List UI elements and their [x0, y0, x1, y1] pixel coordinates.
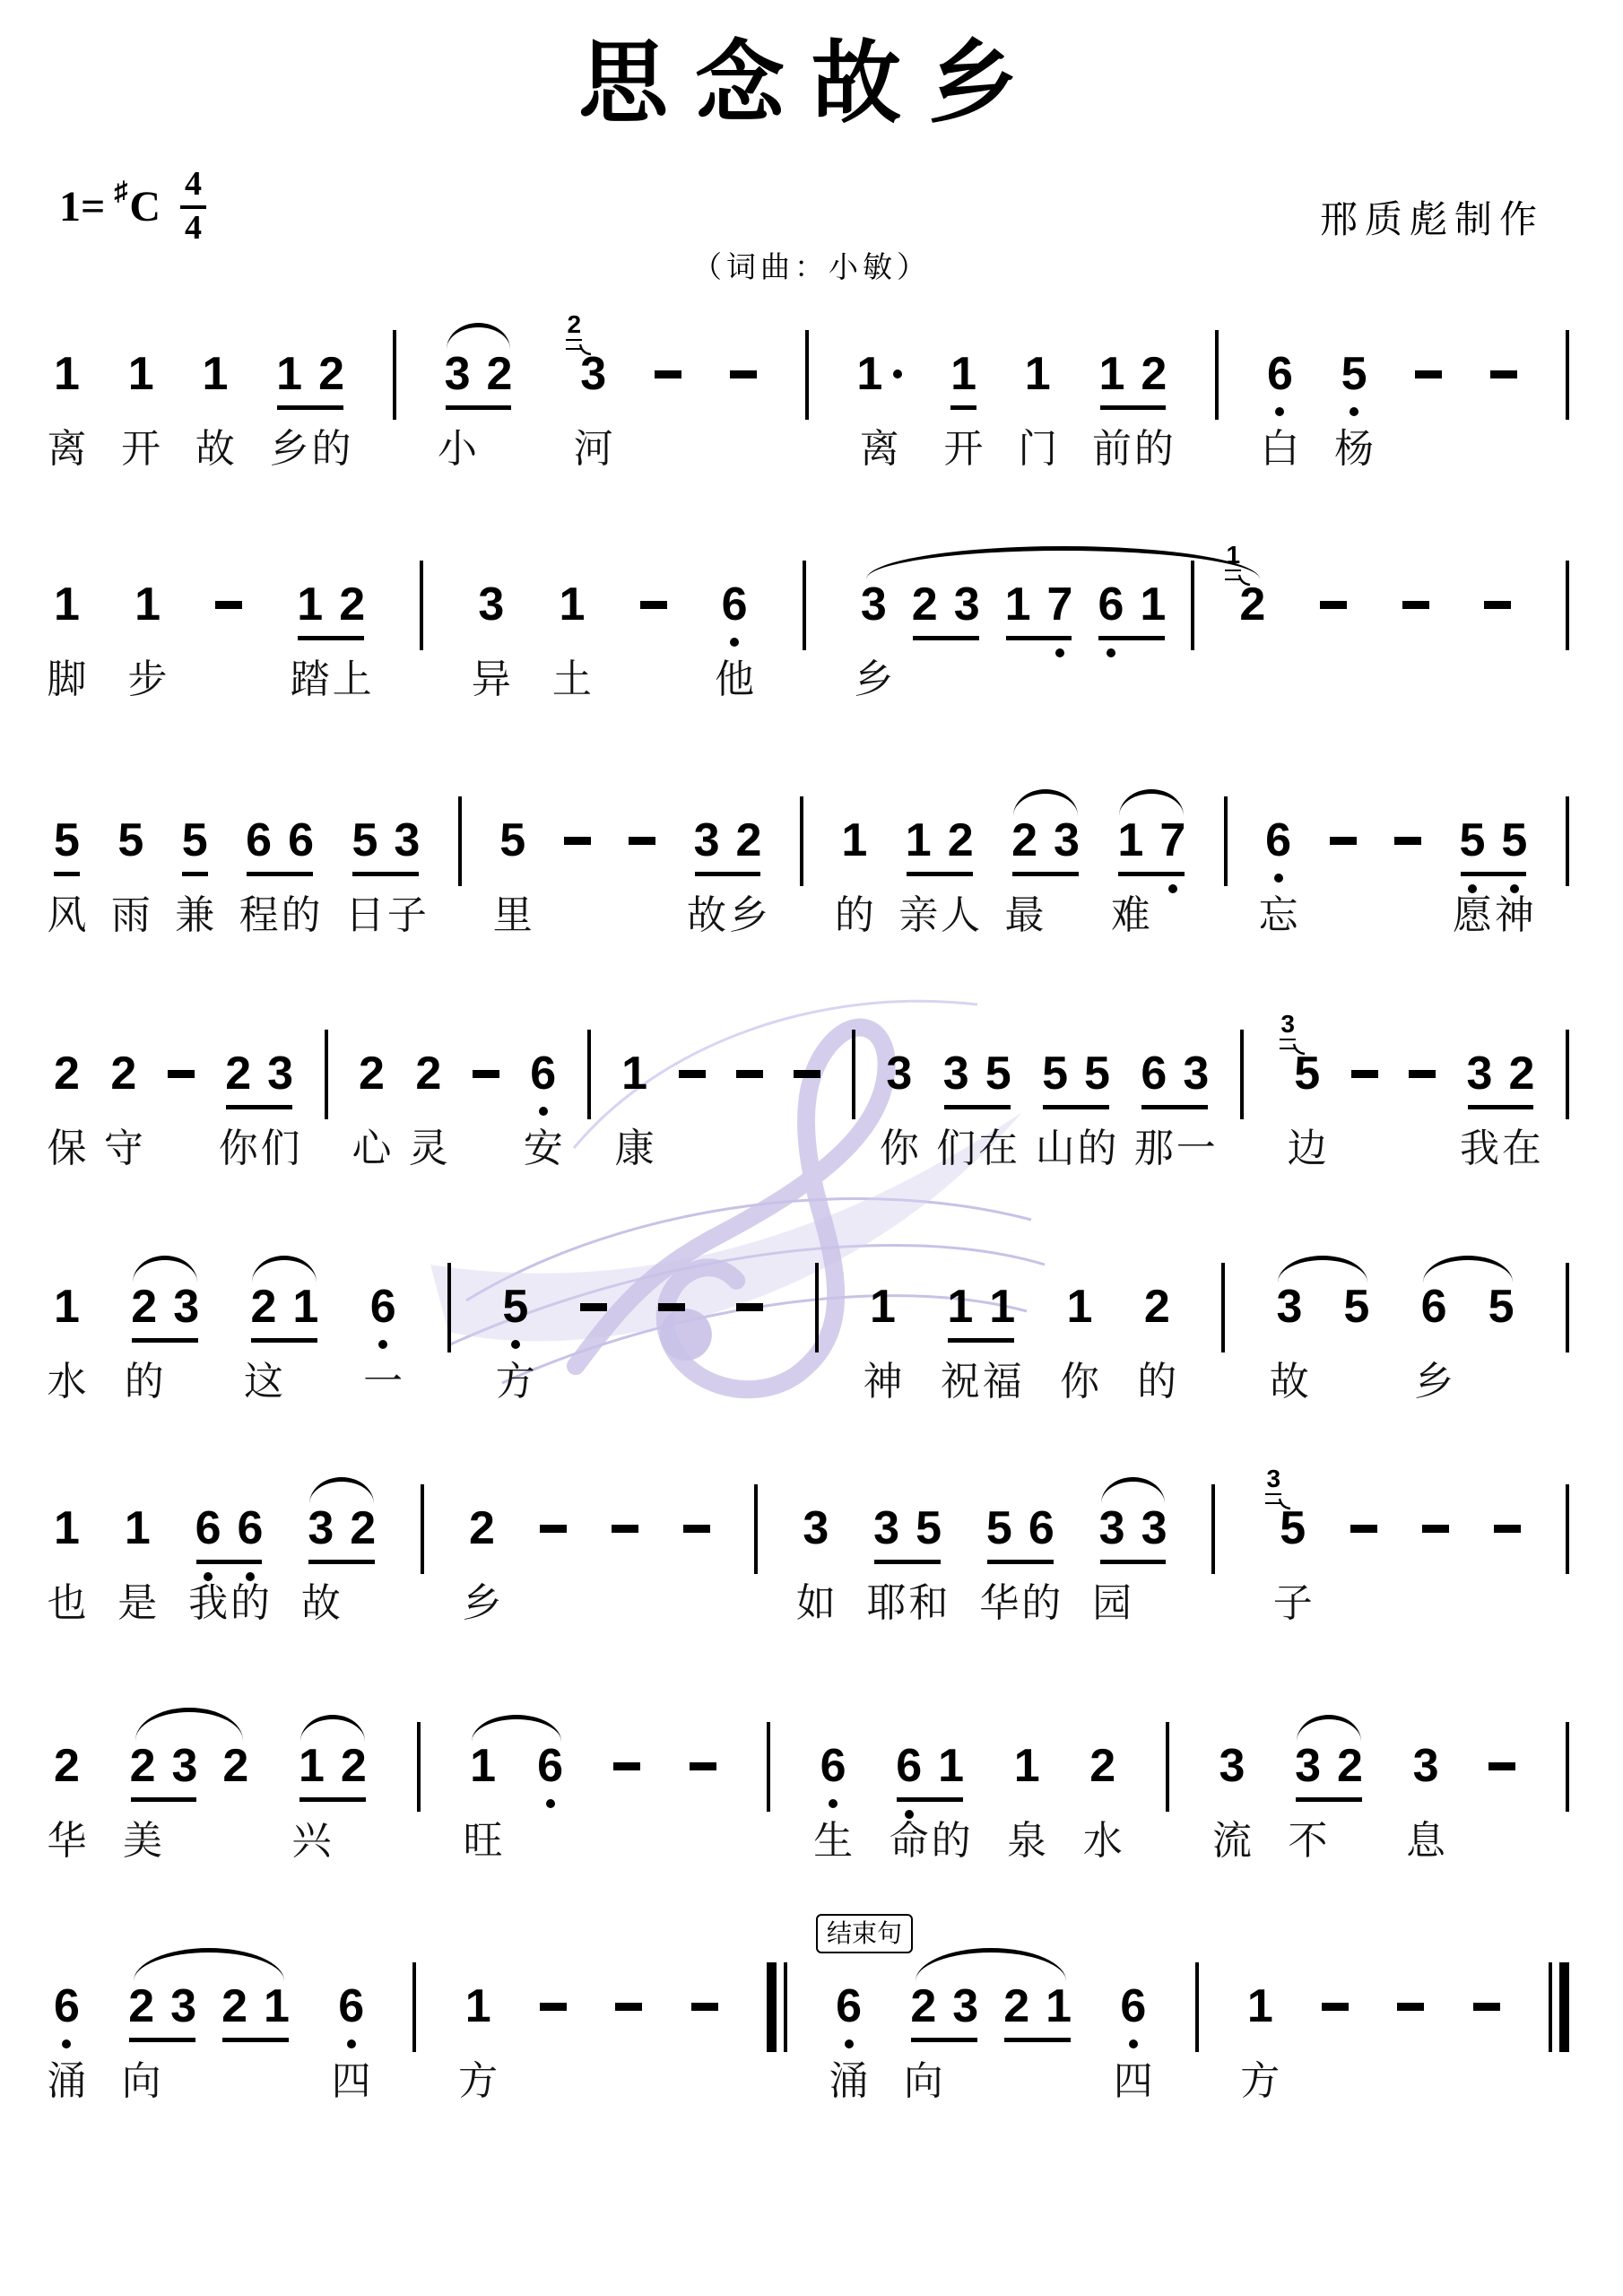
- lyric-syllable: 涌: [47, 2059, 86, 2105]
- note: 3: [952, 1980, 978, 2032]
- dash-bar: [1351, 1070, 1378, 1078]
- note: 2心: [359, 1048, 385, 1100]
- lyric-syllable: 保: [47, 1126, 86, 1172]
- lyric-syllable: 神: [1495, 893, 1534, 939]
- note: 5雨: [117, 814, 143, 866]
- dash-bar: [1322, 2003, 1349, 2011]
- note: 6的: [1028, 1502, 1055, 1554]
- bar-line: [767, 1962, 777, 2052]
- note-digit: 1: [1117, 814, 1143, 866]
- note: 7: [1159, 814, 1185, 866]
- note-digit: 5: [499, 814, 525, 866]
- sustain-dash: [168, 1048, 195, 1100]
- note: 2: [341, 1740, 367, 1792]
- note-digit: 2: [1337, 1740, 1363, 1792]
- note-digit: 2: [250, 1281, 276, 1333]
- grace-slur-icon: [1237, 573, 1251, 587]
- barline: [1240, 1030, 1244, 1119]
- sustain-dash: [613, 1740, 640, 1792]
- note-digit: 2: [1089, 1740, 1115, 1792]
- note: 2水: [1089, 1740, 1115, 1792]
- note-digit: 1: [1140, 578, 1166, 631]
- note-group: 6我6的: [195, 1502, 264, 1554]
- note-group: 1旺6: [470, 1740, 563, 1792]
- note-digit: 3: [873, 1502, 899, 1554]
- note: 12: [1239, 578, 1265, 631]
- note: 5: [1343, 1281, 1369, 1333]
- low-octave-dot: [829, 1799, 838, 1808]
- final-barline: [1549, 1962, 1569, 2052]
- system-4: 2保2守2你3们2心2灵6安1康3你3们5在5山5的6那3一35边3我2在: [54, 1048, 1569, 1119]
- dash-bar: [1484, 601, 1511, 609]
- note-digit: 2: [736, 814, 762, 866]
- note: 2的: [1144, 1281, 1170, 1333]
- dash-bar: [691, 2003, 718, 2011]
- system-2: 1脚1步1踏2上3异1土6他3乡23176112: [54, 578, 1569, 650]
- note-group: 17: [1005, 578, 1073, 631]
- sustain-dash: [612, 1502, 638, 1554]
- sustain-dash: [730, 348, 757, 400]
- note-digit: 3: [1183, 1048, 1209, 1100]
- sheet-music-page: { "header": { "title": "思念故乡", "key_pref…: [0, 0, 1623, 2296]
- dash-bar: [794, 1070, 820, 1078]
- note-digit: 2: [222, 1740, 248, 1792]
- note-digit: 6: [836, 1980, 862, 2032]
- lyric-syllable: 向: [904, 2059, 943, 2105]
- note-digit: 6: [1098, 578, 1124, 631]
- lyric-syllable: 乡: [1414, 1360, 1454, 1405]
- dash-bar: [1397, 2003, 1424, 2011]
- note-digit: 6: [530, 1048, 556, 1100]
- eighth-underline: [182, 872, 208, 876]
- note: 6四: [1120, 1980, 1146, 2032]
- note: 2这: [250, 1281, 276, 1333]
- sustain-dash: [473, 1048, 499, 1100]
- arranger-credit: 邢质彪制作: [1320, 190, 1544, 244]
- note-digit: 5: [1501, 814, 1527, 866]
- note-digit: 2: [54, 1048, 80, 1100]
- note: 1: [264, 1980, 290, 2032]
- sustain-dash: [683, 1502, 710, 1554]
- lyric-syllable: 方: [458, 2059, 498, 2105]
- note: 6涌: [54, 1980, 80, 2032]
- bar-line: [1559, 1962, 1569, 2052]
- note: 1方: [1247, 1980, 1273, 2032]
- note: 1兴: [299, 1740, 325, 1792]
- time-signature: 4 4: [180, 167, 206, 247]
- lyric-syllable: 泉: [1007, 1819, 1046, 1865]
- dash-bar: [1415, 370, 1442, 378]
- sustain-dash: [679, 1048, 706, 1100]
- lyric-syllable: 河: [574, 427, 613, 473]
- note-digit: 1: [54, 578, 80, 631]
- note-group: 5日3子: [352, 814, 420, 866]
- note-group: 1兴2: [299, 1740, 367, 1792]
- note-digit: 5: [1488, 1281, 1515, 1333]
- note: 1乡: [276, 348, 302, 400]
- note: 5兼: [182, 814, 208, 866]
- note: 3异: [478, 578, 504, 631]
- lyric-syllable: 这: [244, 1360, 283, 1405]
- system-5: 1水2的32这16一5方1神1祝1福1你2的3故56乡5: [54, 1281, 1569, 1352]
- slur-phrase: 2美32: [130, 1740, 249, 1792]
- dash-bar: [1402, 601, 1429, 609]
- note: 6他: [722, 578, 748, 631]
- sustain-dash: [1330, 814, 1357, 866]
- notes-row: 6涌2向3216四1方6涌2向3216四1方: [54, 1980, 1569, 2052]
- sustain-dash: [655, 348, 681, 400]
- note-group: 3故2乡: [694, 814, 762, 866]
- dash-bar: [1422, 1525, 1449, 1533]
- augmentation-dot: [893, 370, 902, 378]
- dash-bar: [679, 1070, 706, 1078]
- low-octave-dot: [1055, 648, 1064, 657]
- note: 5华: [986, 1502, 1012, 1554]
- note-digit: 6: [195, 1502, 221, 1554]
- note-digit: 3: [1099, 1502, 1125, 1554]
- note-digit: 2: [130, 1740, 156, 1792]
- note-digit: 3: [954, 578, 980, 631]
- note: 2: [350, 1502, 376, 1554]
- note: 1祝: [947, 1281, 973, 1333]
- note: 3我: [1467, 1048, 1493, 1100]
- note-group: 5愿5神: [1460, 814, 1528, 866]
- low-octave-dot: [1468, 884, 1477, 893]
- dash-bar: [168, 1070, 195, 1078]
- note-digit: 1: [947, 1281, 973, 1333]
- note: 3故: [308, 1502, 334, 1554]
- lyric-syllable: 上: [333, 657, 372, 703]
- note-digit: 5: [54, 814, 80, 866]
- note: 1泉: [1014, 1740, 1040, 1792]
- note-digit: 5: [1341, 348, 1367, 400]
- barline: [1566, 1030, 1569, 1119]
- note-digit: 6: [338, 1980, 364, 2032]
- lyric-syllable: 踏: [291, 657, 330, 703]
- note-digit: 1: [202, 348, 228, 400]
- lyric-syllable: 难: [1111, 893, 1150, 939]
- note-digit: 2: [415, 1048, 441, 1100]
- barline: [767, 1722, 770, 1812]
- note-digit: 7: [1159, 814, 1185, 866]
- note-digit: 2: [350, 1502, 376, 1554]
- note: 2灵: [415, 1048, 441, 1100]
- lyric-syllable: 风: [47, 893, 86, 939]
- system-6: 1也1是6我6的3故22乡3如3耶5和5华6的3园335子: [54, 1502, 1569, 1574]
- sustain-dash: [1415, 348, 1442, 400]
- note: 6那: [1141, 1048, 1167, 1100]
- dash-bar: [690, 1762, 716, 1770]
- note-digit: 1: [264, 1980, 290, 2032]
- barline: [447, 1263, 451, 1352]
- note-digit: 6: [288, 814, 314, 866]
- note-group: 6那3一: [1141, 1048, 1209, 1100]
- note-digit: 2: [128, 1980, 154, 2032]
- note-digit: 1: [135, 578, 161, 631]
- sustain-dash: [1394, 814, 1421, 866]
- note: 2: [221, 1980, 247, 2032]
- barline: [587, 1030, 591, 1119]
- low-octave-dot: [845, 2039, 854, 2048]
- note: 3们: [267, 1048, 293, 1100]
- note: 2: [912, 578, 938, 631]
- grace-digit: 3: [1280, 1012, 1295, 1037]
- lyric-syllable: 是: [117, 1581, 157, 1627]
- dash-bar: [580, 1303, 607, 1311]
- note: 1你: [1067, 1281, 1093, 1333]
- lyric-syllable: 愿: [1453, 893, 1492, 939]
- note: 5杨: [1341, 348, 1367, 400]
- lyric-syllable: 园: [1092, 1581, 1132, 1627]
- sustain-dash: [1350, 1502, 1377, 1554]
- note: 1水: [54, 1281, 80, 1333]
- lyric-syllable: 生: [813, 1819, 853, 1865]
- barline: [1566, 1722, 1569, 1812]
- sustain-dash: [690, 1740, 716, 1792]
- dash-bar: [1488, 1762, 1515, 1770]
- lyric-syllable: 美: [123, 1819, 162, 1865]
- note-digit: 5: [1042, 1048, 1068, 1100]
- sustain-dash: [1402, 578, 1429, 631]
- barline: [1195, 1962, 1199, 2052]
- note: 1难: [1117, 814, 1143, 866]
- note: 7: [1047, 578, 1073, 631]
- note-group: 3耶5和: [873, 1502, 942, 1554]
- note: 2: [222, 1740, 248, 1792]
- sustain-dash: [736, 1281, 763, 1333]
- sustain-dash: [1488, 1740, 1515, 1792]
- sustain-dash: [1320, 578, 1347, 631]
- system-1: 1离1开1故1乡2的3小223河1离1开1门1前2的6白5杨: [54, 348, 1569, 420]
- sharp-icon: ♯: [114, 177, 127, 207]
- note-digit: 2: [225, 1048, 251, 1100]
- lyric-syllable: 方: [496, 1360, 535, 1405]
- sustain-dash: [1351, 1048, 1378, 1100]
- note-group: 6命1的: [896, 1740, 964, 1792]
- note-group: 5华6的: [986, 1502, 1055, 1554]
- low-octave-dot: [539, 1107, 548, 1116]
- barline: [1221, 1263, 1225, 1352]
- note: 5风: [54, 814, 80, 866]
- note-group: 3我2在: [1467, 1048, 1535, 1100]
- note: 3耶: [873, 1502, 899, 1554]
- note-digit: 2: [318, 348, 344, 400]
- note-group: 21: [221, 1980, 290, 2032]
- sustain-dash: [540, 1502, 567, 1554]
- note-digit: 5: [352, 814, 378, 866]
- note-group: 61: [1098, 578, 1166, 631]
- barline: [803, 561, 806, 650]
- note-digit: 5: [916, 1502, 942, 1554]
- note-digit: 1: [54, 1502, 80, 1554]
- note-digit: 5: [1460, 814, 1486, 866]
- sustain-dash: [215, 578, 242, 631]
- note-digit: 6: [370, 1281, 396, 1333]
- dash-bar: [1394, 837, 1421, 845]
- note: 3故: [694, 814, 720, 866]
- note-digit: 5: [1084, 1048, 1110, 1100]
- low-octave-dot: [1107, 648, 1115, 657]
- note: 1亲: [906, 814, 932, 866]
- dash-bar: [1409, 1070, 1436, 1078]
- low-octave-dot: [905, 1810, 914, 1819]
- sustain-dash: [1409, 1048, 1436, 1100]
- note-digit: 6: [820, 1740, 846, 1792]
- note-digit: 2: [1011, 814, 1037, 866]
- low-octave-dot: [511, 1340, 520, 1349]
- note: 5在: [985, 1048, 1011, 1100]
- low-octave-dot: [730, 638, 739, 647]
- low-octave-dot: [1350, 407, 1358, 416]
- note: 1步: [135, 578, 161, 631]
- lyric-syllable: 兴: [291, 1819, 331, 1865]
- note-group: 3小2: [445, 348, 513, 400]
- note-digit: 1: [1014, 1740, 1040, 1792]
- note: 2的: [131, 1281, 157, 1333]
- dash-bar: [612, 1525, 638, 1533]
- note: 3流: [1219, 1740, 1245, 1792]
- sustain-dash: [691, 1980, 718, 2032]
- lyric-syllable: 程: [239, 893, 279, 939]
- lyric-syllable: 康: [615, 1126, 655, 1172]
- system-3: 5风5雨5兼6程6的5日3子5里3故2乡1的1亲2人2最31难76忘5愿5神: [54, 814, 1569, 886]
- barline: [1191, 561, 1194, 650]
- low-octave-dot: [1275, 407, 1284, 416]
- lyric-syllable: 乡: [854, 657, 893, 703]
- note-digit: 3: [308, 1502, 334, 1554]
- note: 5和: [916, 1502, 942, 1554]
- dash-bar: [540, 2003, 567, 2011]
- note-digit: 2: [910, 1980, 936, 2032]
- lyric-syllable: 门: [1018, 427, 1057, 473]
- barline: [1566, 796, 1569, 886]
- lyric-syllable: 子: [1273, 1581, 1313, 1627]
- note: 5神: [1501, 814, 1527, 866]
- note: 1门: [1025, 348, 1051, 400]
- lyric-syllable: 脚: [47, 657, 86, 703]
- dash-bar: [615, 2003, 642, 2011]
- note: 6忘: [1265, 814, 1291, 866]
- low-octave-dot: [1129, 2039, 1138, 2048]
- dash-bar: [473, 1070, 499, 1078]
- note: 6命: [896, 1740, 922, 1792]
- lyric-syllable: 的: [932, 1819, 971, 1865]
- note-digit: 3: [173, 1281, 199, 1333]
- note: 3: [954, 578, 980, 631]
- note-digit: 6: [1421, 1281, 1447, 1333]
- lyric-syllable: 灵: [409, 1126, 448, 1172]
- lyric-syllable: 雨: [111, 893, 151, 939]
- lyric-syllable: 白: [1260, 427, 1299, 473]
- note-digit: 3: [1413, 1740, 1439, 1792]
- note-group: 2向3: [910, 1980, 978, 2032]
- note: 35边: [1294, 1048, 1320, 1100]
- sustain-dash: [1494, 1502, 1521, 1554]
- lyric-syllable: 故: [195, 427, 235, 473]
- note: 2在: [1508, 1048, 1534, 1100]
- note: 1脚: [54, 578, 80, 631]
- lyric-syllable: 亲: [898, 893, 938, 939]
- composer-subtitle: （词曲：小敏）: [0, 244, 1623, 286]
- note: 3息: [1413, 1740, 1439, 1792]
- sustain-dash: [1422, 1502, 1449, 1554]
- dash-bar: [736, 1070, 763, 1078]
- lyric-syllable: 一: [1176, 1126, 1216, 1172]
- note: 5愿: [1460, 814, 1486, 866]
- lyric-syllable: 一: [363, 1360, 403, 1405]
- note-digit: 2: [912, 578, 938, 631]
- lyric-syllable: 方: [1240, 2059, 1280, 2105]
- note-group: 6程6的: [246, 814, 314, 866]
- note-digit: 1: [299, 1740, 325, 1792]
- lyric-syllable: 四: [332, 2059, 371, 2105]
- note: 2华: [54, 1740, 80, 1792]
- note-digit: 3: [1054, 814, 1080, 866]
- note: 3: [1141, 1502, 1167, 1554]
- note-group: 3们5在: [943, 1048, 1011, 1100]
- note-digit: 3: [1141, 1502, 1167, 1554]
- lyric-syllable: 忘: [1259, 893, 1298, 939]
- note: 2乡: [469, 1502, 495, 1554]
- lyric-syllable: 里: [493, 893, 533, 939]
- lyric-syllable: 们: [261, 1126, 300, 1172]
- note-digit: 3: [1219, 1740, 1245, 1792]
- lyric-syllable: 开: [944, 427, 984, 473]
- note: 2: [1337, 1740, 1363, 1792]
- note: 2的: [1141, 348, 1167, 400]
- note: 1福: [989, 1281, 1015, 1333]
- lyric-syllable: 旺: [464, 1819, 503, 1865]
- note-group: 3园3: [1099, 1502, 1167, 1554]
- note: 1离: [54, 348, 80, 400]
- note: 6: [1098, 578, 1124, 631]
- page-title: 思念故乡: [0, 30, 1623, 138]
- note-digit: 2: [221, 1980, 247, 2032]
- sustain-dash: [1473, 1980, 1500, 2032]
- lyric-syllable: 在: [978, 1126, 1018, 1172]
- lyric-syllable: 安: [524, 1126, 563, 1172]
- note-group: 2美3: [130, 1740, 198, 1792]
- grace-digit: 1: [1227, 543, 1241, 568]
- note: 23河: [580, 348, 606, 400]
- barline: [412, 1962, 416, 2052]
- lyric-syllable: 的: [1077, 1126, 1116, 1172]
- note-digit: 3: [694, 814, 720, 866]
- lyric-syllable: 不: [1289, 1819, 1328, 1865]
- bar-line: [1549, 1962, 1552, 2052]
- note-group: 2向3: [128, 1980, 196, 2032]
- dash-bar: [683, 1525, 710, 1533]
- barline: [417, 1722, 421, 1812]
- note: 6乡: [1421, 1281, 1447, 1333]
- sustain-dash: [1490, 348, 1517, 400]
- note-digit: 3: [886, 1048, 912, 1100]
- dash-bar: [613, 1762, 640, 1770]
- note: 1故: [202, 348, 228, 400]
- barline: [393, 330, 396, 420]
- lyric-syllable: 你: [880, 1126, 919, 1172]
- eighth-underline: [54, 872, 80, 876]
- lyric-syllable: 命: [890, 1819, 929, 1865]
- note: 6程: [246, 814, 272, 866]
- lyric-syllable: 子: [387, 893, 427, 939]
- note: 2: [487, 348, 513, 400]
- note: 2美: [130, 1740, 156, 1792]
- lyric-syllable: 华: [979, 1581, 1019, 1627]
- slur-phrase: 2向321: [128, 1980, 290, 2032]
- barline: [800, 796, 803, 886]
- barline: [852, 1030, 855, 1119]
